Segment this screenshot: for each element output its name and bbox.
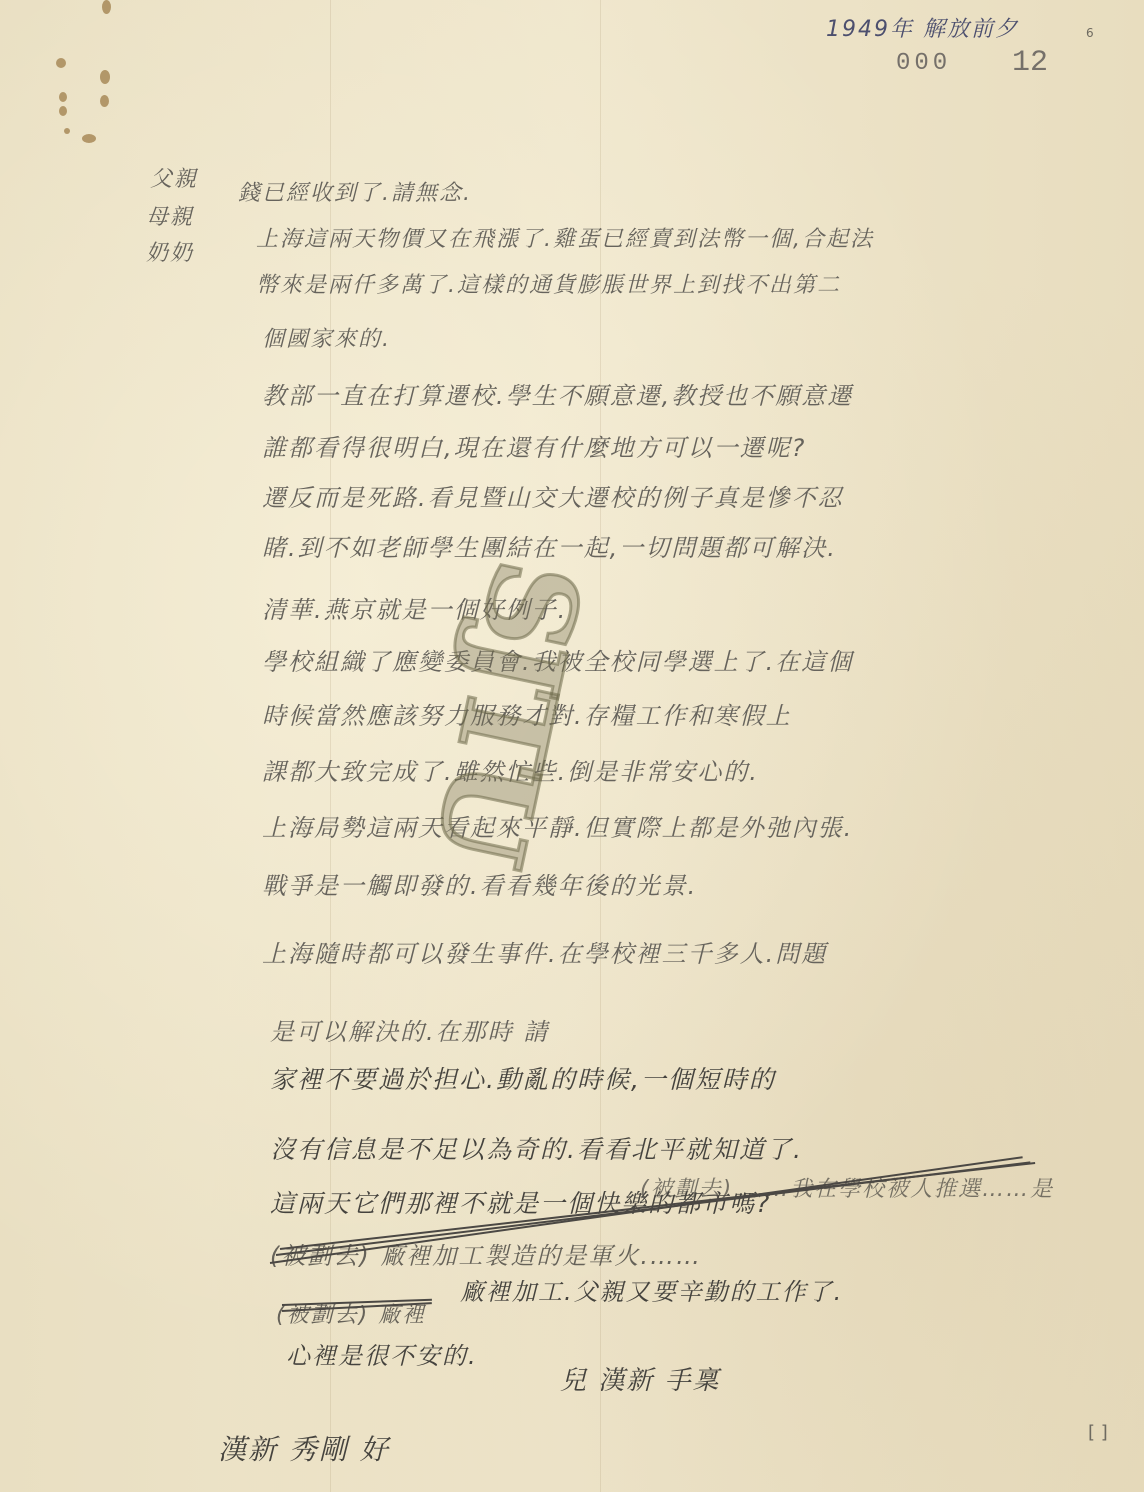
page-mark: 6 xyxy=(1086,26,1094,40)
body-line: 誰都看得很明白,現在還有什麼地方可以一遷呢? xyxy=(262,428,806,463)
body-line: 上海這兩天物價又在飛漲了.雞蛋已經賣到法幣一個,合起法 xyxy=(256,222,874,253)
body-line: 睹.到不如老師學生團結在一起,一切問題都可解決. xyxy=(262,528,837,563)
body-line: 幣來是兩仟多萬了.這樣的通貨膨脹世界上到找不出第二 xyxy=(256,268,841,299)
body-line: 沒有信息是不足以為奇的.看看北平就知道了. xyxy=(270,1130,803,1166)
closing-line: 心裡是很不安的. xyxy=(286,1336,478,1371)
closing-line: 廠裡加工.父親又要辛勤的工作了. xyxy=(460,1272,843,1307)
binding-hole xyxy=(82,134,96,143)
body-line: 戰爭是一觸即發的.看看幾年後的光景. xyxy=(262,866,697,901)
body-line: 遷反而是死路.看見暨山交大遷校的例子真是慘不忍 xyxy=(262,478,844,513)
header-date-note: 1949年 解放前夕 xyxy=(826,12,1019,43)
body-line: 錢已經收到了.請無念. xyxy=(238,176,472,207)
binding-hole xyxy=(100,95,109,107)
binding-hole xyxy=(102,0,111,14)
archive-number-right: 12 xyxy=(1012,46,1048,80)
archive-number-left: 000 xyxy=(896,50,951,77)
binding-hole xyxy=(59,92,67,102)
body-line: 教部一直在打算遷校.學生不願意遷,教授也不願意遷 xyxy=(262,376,853,411)
struck-text: (被劃去) ……我在學校被人推選……是 xyxy=(640,1172,1054,1203)
signature: 兒 漢新 手稟 xyxy=(560,1360,721,1397)
binding-hole xyxy=(100,70,110,84)
binding-hole xyxy=(56,58,66,68)
corner-mark: [ ] xyxy=(1088,1422,1108,1443)
body-line: 上海隨時都可以發生事件.在學校裡三千多人.問題 xyxy=(262,934,827,969)
binding-hole xyxy=(59,106,67,116)
body-line: 個國家來的. xyxy=(262,322,391,353)
salutation-grandmother: 奶奶 xyxy=(146,236,194,267)
body-line: 是可以解決的.在那時 請 xyxy=(270,1012,549,1047)
salutation-mother: 母親 xyxy=(146,200,194,231)
footer-note: 漢新 秀剛 好 xyxy=(218,1428,390,1468)
body-line: 家裡不要過於担心.動亂的時候,一個短時的 xyxy=(270,1060,776,1096)
binding-hole xyxy=(64,128,70,134)
salutation-father: 父親 xyxy=(150,162,198,193)
